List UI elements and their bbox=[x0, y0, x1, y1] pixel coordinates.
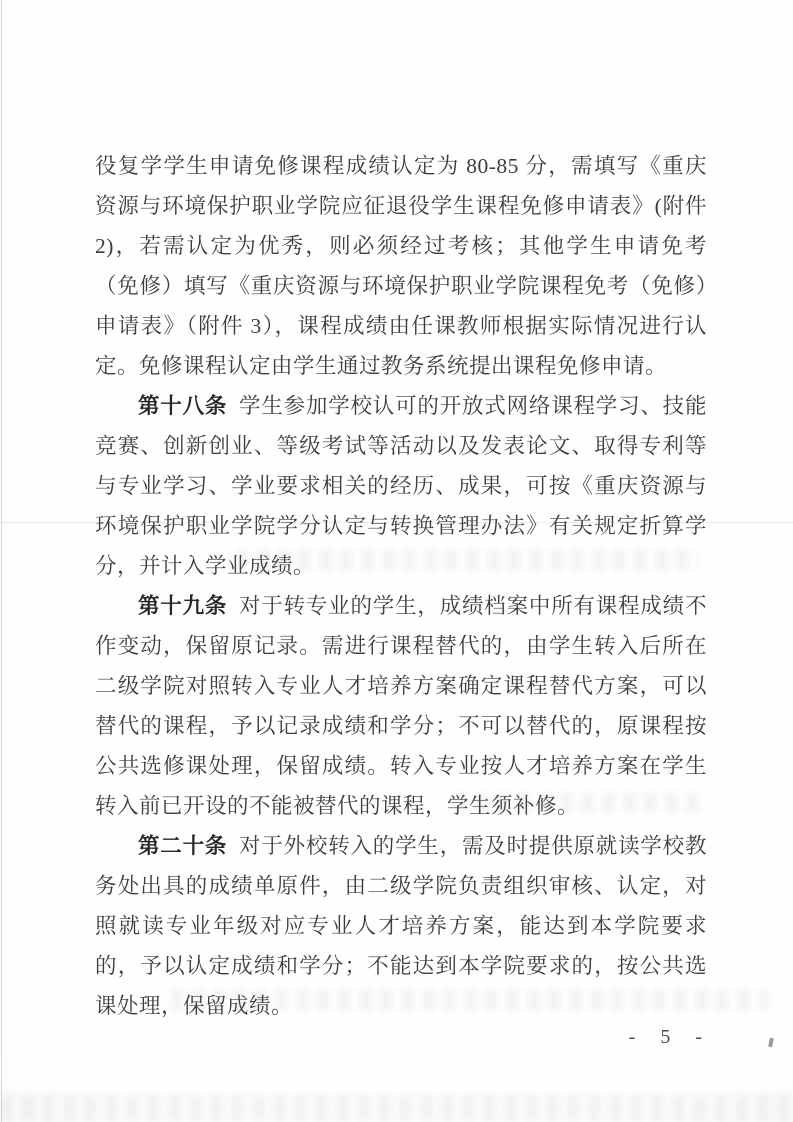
article-20-label: 第二十条 bbox=[138, 834, 227, 858]
paragraph-text: 役复学学生申请免修课程成绩认定为 80-85 分，需填写《重庆资源与环境保护职业… bbox=[95, 154, 707, 378]
article-19-label: 第十九条 bbox=[138, 594, 227, 618]
paragraph-continuation: 役复学学生申请免修课程成绩认定为 80-85 分，需填写《重庆资源与环境保护职业… bbox=[95, 146, 707, 386]
paragraph-article-18: 第十八条学生参加学校认可的开放式网络课程学习、技能竞赛、创新创业、等级考试等活动… bbox=[95, 386, 707, 586]
scan-speck-artifact bbox=[768, 1038, 774, 1048]
article-18-label: 第十八条 bbox=[138, 394, 227, 418]
document-body: 役复学学生申请免修课程成绩认定为 80-85 分，需填写《重庆资源与环境保护职业… bbox=[95, 146, 707, 1026]
paragraph-text: 对于转专业的学生，成绩档案中所有课程成绩不作变动，保留原记录。需进行课程替代的，… bbox=[95, 594, 707, 818]
scan-edge-line bbox=[1, 0, 2, 1122]
paragraph-text: 对于外校转入的学生，需及时提供原就读学校教务处出具的成绩单原件，由二级学院负责组… bbox=[95, 834, 707, 1018]
document-page: 役复学学生申请免修课程成绩认定为 80-85 分，需填写《重庆资源与环境保护职业… bbox=[0, 0, 793, 1122]
ink-bleed-artifact bbox=[0, 1094, 793, 1122]
paragraph-text: 学生参加学校认可的开放式网络课程学习、技能竞赛、创新创业、等级考试等活动以及发表… bbox=[95, 394, 707, 578]
paragraph-article-20: 第二十条对于外校转入的学生，需及时提供原就读学校教务处出具的成绩单原件，由二级学… bbox=[95, 826, 707, 1026]
paragraph-article-19: 第十九条对于转专业的学生，成绩档案中所有课程成绩不作变动，保留原记录。需进行课程… bbox=[95, 586, 707, 826]
page-number: - 5 - bbox=[629, 1026, 707, 1049]
